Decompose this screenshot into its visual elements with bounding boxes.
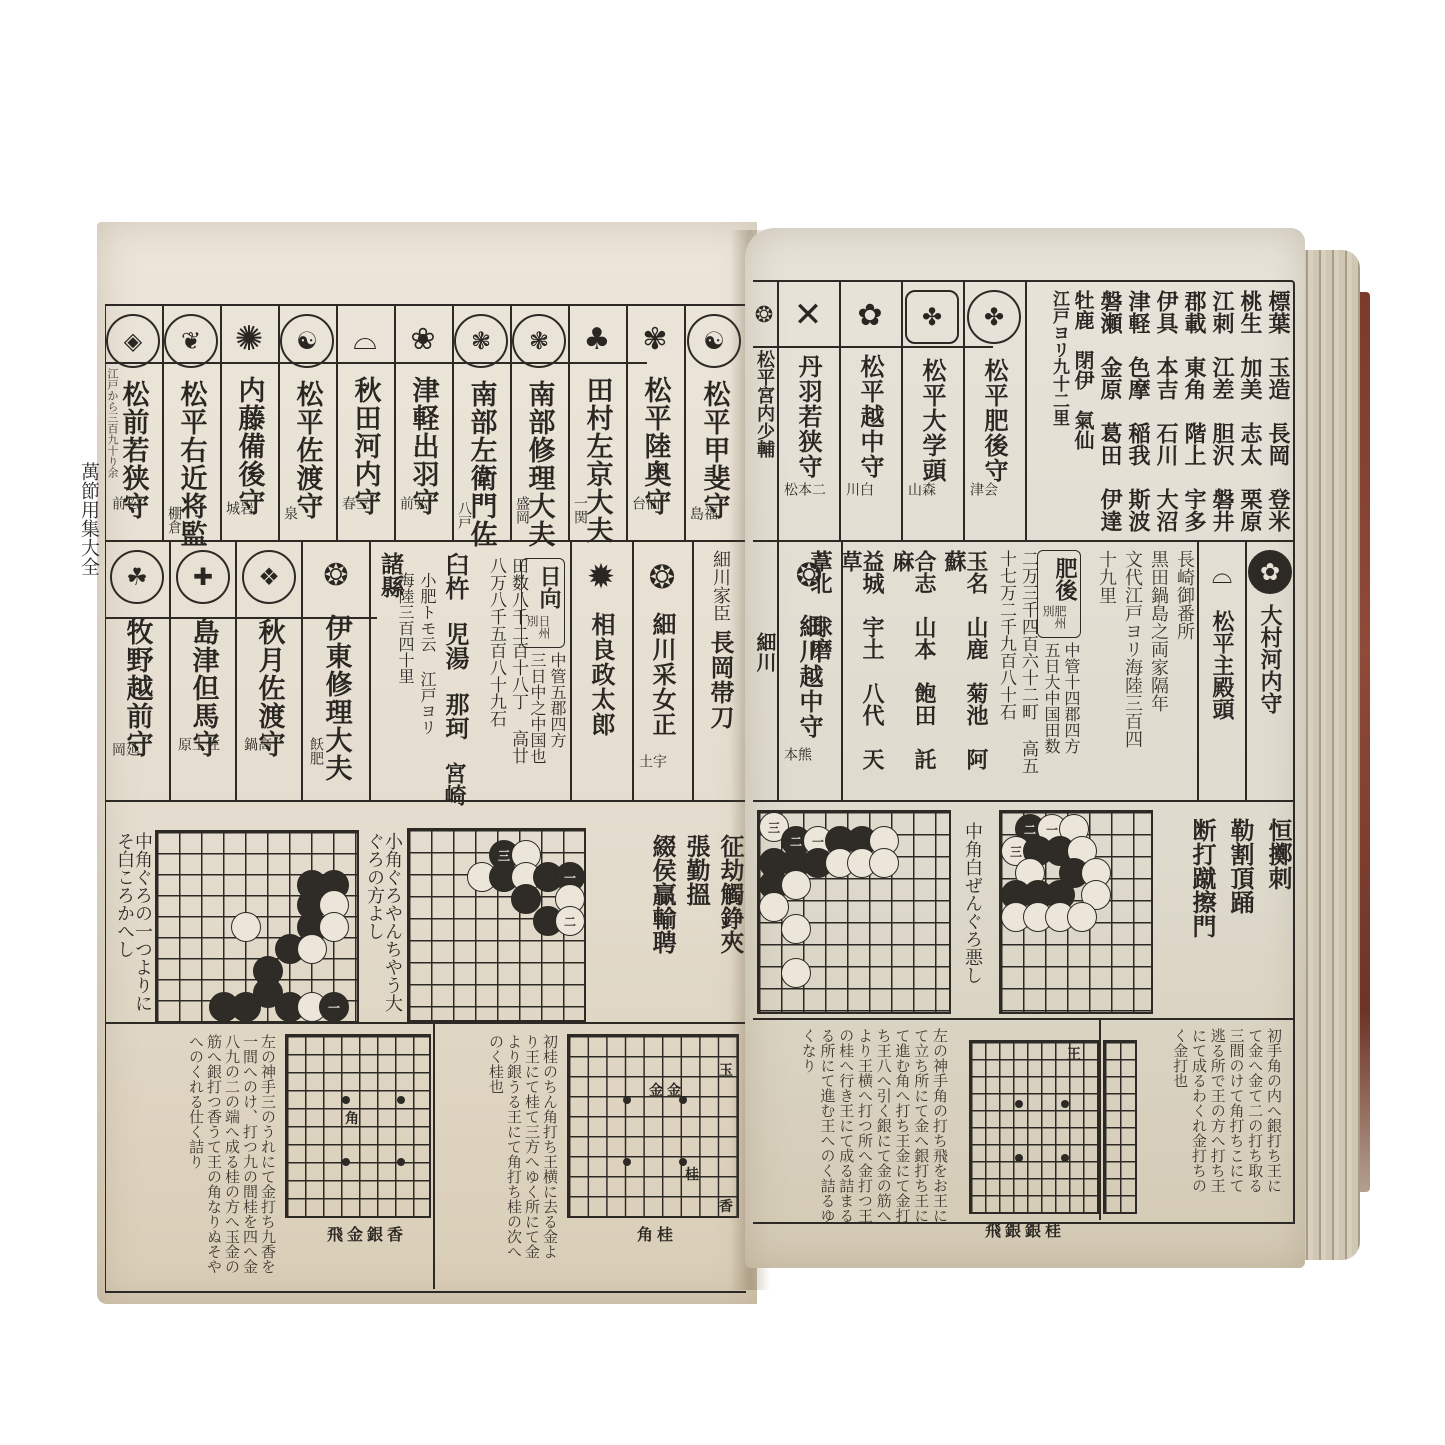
daimyo-name: 丹羽若狭守	[796, 354, 820, 479]
hyuga-line: 中管五郡四方	[549, 652, 565, 748]
daimyo-name: 秋田河内守	[352, 376, 379, 516]
board-star-point	[623, 1158, 631, 1166]
shogi-text: 左の神手三のうれにて金打ち九香を一間へのけ、打つ九の間桂を四へ金八九の二の端へ成…	[187, 1034, 277, 1274]
castle-town: 松前	[111, 496, 139, 520]
paulownia-crest-icon: ♣	[572, 314, 622, 364]
cross-circle-crest-icon: ✚	[176, 550, 230, 604]
daimyo-entry: ⌓ 松平主殿頭	[1199, 542, 1245, 720]
column-line	[510, 306, 512, 540]
white-stone: 二	[555, 906, 585, 936]
board-star-point	[342, 1158, 350, 1166]
castle-town: 延岡	[111, 742, 139, 758]
column-line	[278, 306, 280, 540]
daimyo-name: 細川采女正	[650, 612, 674, 737]
castle-town: 佐土原	[177, 737, 219, 758]
white-stone	[231, 912, 261, 942]
castle-town: 棚倉	[167, 506, 181, 534]
white-stone	[781, 914, 811, 944]
daimyo-entry: ⌓ 秋田河内守 三春	[337, 306, 393, 516]
black-stone	[231, 992, 261, 1022]
wisteria-hollyhock-crest-icon: ✤	[967, 290, 1021, 344]
shogi-piece-king: 王	[1067, 1044, 1081, 1064]
province-title: 日向	[538, 565, 560, 609]
divider	[753, 800, 1295, 802]
daimyo-name: 松平陸奥守	[642, 376, 669, 516]
oshu-district-list: 標葉 玉造 長岡 登米 桃生 加美 志太 栗原 江刺 江差 胆沢 磐井 郡載 東…	[1031, 290, 1289, 536]
shogi-piece-knight: 桂	[685, 1164, 699, 1184]
nine-stars-crest-icon: ❂	[311, 550, 361, 600]
province-title: 肥後	[1054, 557, 1076, 601]
daimyo-entry: ✾ 松平陸奥守 仙台	[627, 306, 683, 516]
district-column: 葦北 球磨	[809, 550, 831, 790]
open-antique-book: 萬節用集大全 ◈ 松前若狭守 江戸から三百九十り余 松前 ❦ 松平右近将監 棚倉…	[0, 0, 1445, 1445]
castle-town: 弘前	[399, 496, 427, 516]
castle-town: 飫肥	[309, 737, 323, 765]
white-stone	[319, 912, 349, 942]
daimyo-name: 松平大学頭	[920, 358, 944, 483]
white-stone	[297, 934, 327, 964]
page-stack-edge	[1300, 250, 1360, 1260]
shogi-board-3: 王	[969, 1040, 1099, 1214]
bamboo-sparrow-crest-icon: ✾	[630, 314, 680, 364]
daimyo-entry: ♣ 田村左京大夫 一関	[569, 306, 625, 544]
district-column: 磐瀬 金原 葛田 伊達	[1099, 290, 1121, 536]
column-line	[301, 542, 303, 800]
daimyo-name: 松平甲斐守	[701, 380, 728, 520]
go-term-column: 勒割頂踊	[1228, 818, 1252, 1008]
column-line	[394, 306, 396, 540]
column-line	[220, 306, 222, 540]
white-stone	[781, 870, 811, 900]
daimyo-name: 伊東修理大夫	[323, 614, 350, 782]
shogi-board-1: 角	[285, 1034, 431, 1218]
province-label: 日州 別	[526, 615, 550, 647]
board-star-point	[1061, 1154, 1069, 1162]
white-stone	[869, 848, 899, 878]
daimyo-entry: ✺ 内藤備後守 岩城	[221, 306, 277, 516]
go-board-4: 二 一 三	[999, 810, 1153, 1014]
go-terms-list: 征劫觸錚夾 張勤搵 綴侯贏輸聘	[592, 834, 742, 1020]
shogi-board-4	[1103, 1040, 1137, 1214]
daimyo-entry: ❖ 秋月佐渡守 高鍋	[237, 542, 301, 758]
column-line	[169, 542, 171, 800]
column-line	[568, 306, 570, 540]
column-line	[369, 542, 371, 800]
district-column: 合志 山本 飽田 託麻	[891, 550, 935, 790]
board-star-point	[342, 1096, 350, 1104]
daimyo-name: 松平宮内少輔	[755, 350, 773, 458]
board-star-point	[1015, 1100, 1023, 1108]
castle-town: 盛岡	[515, 496, 529, 524]
castle-town: 泉	[283, 506, 297, 520]
note-line: 長崎御番所	[1175, 550, 1193, 790]
higo-line: 二万三千四百六十二町 高五	[1019, 550, 1036, 774]
shogi-board-2: 金 金 玉 香 桂	[567, 1034, 739, 1218]
triple-comma-crest-icon: ☯	[280, 314, 334, 368]
nine-stars-crest-icon: ❂	[637, 552, 687, 602]
higo-line: 十七万二千九百八十石	[997, 550, 1014, 720]
hyuga-line: 八万八千五百八十九石	[487, 557, 504, 727]
column-line	[626, 306, 628, 540]
castle-town: 二本松	[783, 482, 825, 496]
board-star-point	[1061, 1100, 1069, 1108]
daimyo-entry: ✤ 松平肥後守 会津	[965, 282, 1023, 483]
daimyo-name: 松平越中守	[858, 354, 882, 479]
castle-town: 三春	[341, 496, 369, 516]
daimyo-name: 細川	[755, 632, 775, 672]
district-column: 桃生 加美 志太 栗原	[1239, 290, 1261, 536]
daimyo-name: 相良政太郎	[589, 612, 613, 737]
district-column: 伊具 本吉 石川 大沼	[1155, 290, 1177, 536]
go-term: 綴侯贏輸聘	[650, 834, 674, 1020]
daimyo-entry: ☯ 松平佐渡守 泉	[279, 306, 335, 520]
go-board-3: 三 二 一	[757, 810, 951, 1014]
shogi-piece: 角	[345, 1108, 359, 1128]
district-column: 津軽 色摩 稲我 斯波	[1127, 290, 1149, 536]
column-line	[235, 542, 237, 800]
shogi-footer: 飛銀銀桂	[985, 1218, 1065, 1241]
daimyo-name: 長岡帯刀	[708, 630, 732, 730]
higo-line: 中管十四郡四方	[1063, 642, 1079, 754]
column-line	[433, 1024, 435, 1289]
retainer-label: 細川家臣	[711, 550, 729, 622]
shogi-commentary: 初手角の内へ銀打ち王にて金へ金て二の打ち取る三間のけて角打ちこにて逃る所で王の方…	[1143, 1028, 1283, 1208]
daimyo-entry: ✿ 松平越中守 白川	[841, 282, 899, 479]
daimyo-entry: ❂ 松平宮内少輔	[753, 282, 775, 458]
daimyo-entry: ❦ 松平右近将監 棚倉	[163, 306, 219, 548]
daimyo-entry: ✿ 大村河内守	[1247, 542, 1293, 714]
daimyo-entry: ❂ 伊東修理大夫 飫肥	[303, 542, 369, 782]
go-caption: 中角ぐろの一つよりにそ白ころかへし	[115, 832, 151, 1022]
column-line	[452, 306, 454, 540]
note-line: 十九里	[1097, 550, 1115, 790]
province-label-box: 日向 日州 別	[521, 558, 565, 648]
daimyo-entry: 細川	[753, 542, 777, 672]
higo-district-list: 玉名 山鹿 菊池 阿蘇 合志 山本 飽田 託麻 益城 宇土 八代 天草 葦北 球…	[847, 550, 987, 790]
daimyo-entry: ❂ 細川采女正 宇土	[634, 544, 690, 737]
district-column: 郡載 東角 階上 宇多	[1183, 290, 1205, 536]
daimyo-entry: ✹ 相良政太郎	[572, 544, 630, 737]
column-line	[1025, 282, 1027, 540]
folding-fan-crest-icon: ⌓	[340, 314, 390, 364]
castle-town: 八戸	[457, 501, 471, 529]
castle-town: 熊本	[783, 747, 811, 761]
hyuga-line: 小肥トモ云 江戸ヨリ	[419, 572, 435, 735]
go-term-column: 断打蹴擦門	[1190, 818, 1214, 1008]
triple-leaf-crest-icon: ☘	[110, 550, 164, 604]
daimyo-entry: ❃ 南部左衛門佐 八戸	[453, 306, 509, 548]
district-column: 牡鹿 閉伊 氣仙	[1073, 290, 1093, 536]
hyuga-line: 海陸三百四十里	[397, 572, 413, 684]
board-star-point	[623, 1096, 631, 1104]
five-stars-crest-icon: ✿	[845, 290, 895, 340]
nine-stars-crest-icon: ❂	[753, 290, 775, 340]
daimyo-name: 松平佐渡守	[294, 380, 321, 520]
shogi-text: 初手角の内へ銀打ち王にて金へ金て二の打ち取る三間のけて角打ちこにて逃る所で王の方…	[1171, 1028, 1284, 1198]
divider	[105, 800, 747, 802]
shogi-text: 左の神手角の打ち飛をお王にて立ち所にて金へ銀打ち王にて進む角へ打ち王金にて金打ち…	[799, 1028, 949, 1228]
castle-town: 森山	[907, 482, 935, 496]
flower-wheel-crest-icon: ✺	[224, 314, 274, 364]
go-term: 張勤搵	[684, 834, 708, 1020]
right-page: ❂ 松平宮内少輔 ✕ 丹羽若狭守 二本松 ✿ 松平越中守 白川 ✤ 松平大学頭 …	[745, 228, 1305, 1268]
daimyo-entry: ✤ 松平大学頭 森山	[903, 282, 961, 483]
hollyhock-octagon-crest-icon: ✤	[905, 290, 959, 344]
castle-town: 白川	[845, 482, 873, 496]
margin-title: 萬節用集大全	[79, 462, 98, 576]
district-column: 江刺 江差 胆沢 磐井	[1211, 290, 1233, 536]
go-board-1: 一	[155, 830, 359, 1024]
castle-town: 高鍋	[243, 737, 271, 758]
double-fan-crest-icon: ⌓	[1200, 550, 1244, 600]
province-label-box: 肥後 肥州 別	[1037, 550, 1081, 638]
district: 児湯	[443, 622, 467, 670]
kuyo-nine-stars-crest-icon: ✹	[576, 552, 626, 602]
daimyo-distance: 江戸から三百九十り余	[107, 368, 118, 478]
left-page: 萬節用集大全 ◈ 松前若狭守 江戸から三百九十り余 松前 ❦ 松平右近将監 棚倉…	[97, 222, 757, 1304]
nagasaki-note: 長崎御番所 黒田鍋島之両家隔年 文代江戸ヨリ海陸三百四 十九里	[1093, 550, 1193, 790]
castle-town: 仙台	[631, 496, 659, 516]
shogi-commentary: 左の神手角の打ち飛をお王にて立ち所にて金へ銀打ち王にて進む角へ打ち王金にて金打ち…	[759, 1028, 949, 1248]
note-line: 文代江戸ヨリ海陸三百四	[1123, 550, 1141, 790]
district: 宮崎	[443, 762, 465, 806]
crane-circle-crest-icon: ❃	[512, 314, 566, 368]
go-caption: 中角白ぜんぐろ悪し	[963, 822, 981, 984]
daimyo-entry: ✚ 島津但馬守 佐土原	[171, 542, 235, 758]
column-line	[684, 306, 686, 540]
go-term-column: 恒擲刺	[1266, 818, 1290, 1008]
daimyo-name: 牧野越前守	[124, 618, 151, 758]
province-label: 肥州 別	[1042, 605, 1066, 637]
column-line	[1099, 1020, 1101, 1220]
daimyo-name: 松平主殿頭	[1211, 610, 1233, 720]
column-line	[336, 306, 338, 540]
paulownia-phoenix-crest-icon: ❦	[164, 314, 218, 368]
daimyo-entry: ☘ 牧野越前守 延岡	[105, 542, 169, 758]
board-star-point	[397, 1096, 405, 1104]
daimyo-name: 松平肥後守	[982, 358, 1006, 483]
castle-town: 岩城	[225, 501, 253, 516]
shogi-piece-gold: 金	[667, 1080, 681, 1100]
castle-town: 宇土	[638, 754, 666, 768]
daimyo-name: 大村河内守	[1259, 604, 1281, 714]
shogi-piece-gold: 金	[649, 1080, 663, 1100]
shogi-footer: 飛金銀香	[327, 1222, 407, 1245]
white-stone	[1067, 902, 1097, 932]
plum-blossom-crest-icon: ✿	[1248, 550, 1292, 594]
hyuga-line: 三日中之中国也	[529, 652, 545, 764]
castle-town: 一関	[573, 496, 587, 524]
black-stone: 一	[319, 992, 349, 1022]
column-line	[162, 306, 164, 540]
crossed-feathers-crest-icon: ✕	[783, 290, 833, 340]
district-column: 標葉 玉造 長岡 登米	[1267, 290, 1289, 536]
daimyo-name: 内藤備後守	[236, 376, 263, 516]
daimyo-entry: ❃ 南部修理大夫 盛岡	[511, 306, 567, 548]
go-caption: 小角ぐろやんちやう大ぐろの方よし	[365, 832, 401, 1022]
board-star-point	[397, 1158, 405, 1166]
board-star-point	[1015, 1154, 1023, 1162]
daimyo-name: 津軽出羽守	[410, 376, 437, 516]
crane-circle-crest-icon: ❃	[454, 314, 508, 368]
diamond-flower-crest-icon: ❖	[242, 550, 296, 604]
castle-town: 福島	[689, 506, 717, 520]
higo-line: 五日大中国田数	[1043, 642, 1059, 754]
shogi-commentary: 左の神手三のうれにて金打ち九香を一間へのけ、打つ九の間桂を四へ金八九の二の端へ成…	[117, 1034, 277, 1274]
go-terms-list: 恒擲刺 勒割頂踊 断打蹴擦門	[1165, 818, 1290, 1008]
shogi-text: 初桂のちん角打ち王横に去る金より王にて桂て三方へゆく所にて金より銀うる王にて角打…	[487, 1034, 559, 1264]
white-stone	[781, 958, 811, 988]
go-board-2: 三 一 二	[407, 828, 586, 1022]
daimyo-entry: ◈ 松前若狭守 江戸から三百九十り余 松前	[105, 306, 161, 520]
daimyo-entry: ✕ 丹羽若狭守 二本松	[779, 282, 837, 479]
district: 那珂	[443, 692, 467, 740]
shogi-commentary: 初桂のちん角打ち王横に去る金より王にて桂て三方へゆく所にて金より銀うる王にて角打…	[439, 1034, 559, 1274]
district: 臼杵	[443, 552, 467, 600]
district-column: 益城 宇土 八代 天草	[839, 550, 883, 790]
daimyo-entry: ❀ 津軽出羽守 弘前	[395, 306, 451, 516]
diamond-lattice-crest-icon: ◈	[106, 314, 160, 368]
note-line: 黒田鍋島之両家隔年	[1149, 550, 1167, 790]
shogi-footer: 角桂	[637, 1222, 677, 1245]
district-column: 玉名 山鹿 菊池 阿蘇	[943, 550, 987, 790]
gingko-wreath-crest-icon: ❀	[398, 314, 448, 364]
castle-town: 会津	[969, 482, 997, 496]
oshu-distance: 江戸ヨリ九十二里	[1050, 290, 1067, 536]
divider	[753, 1018, 1295, 1020]
